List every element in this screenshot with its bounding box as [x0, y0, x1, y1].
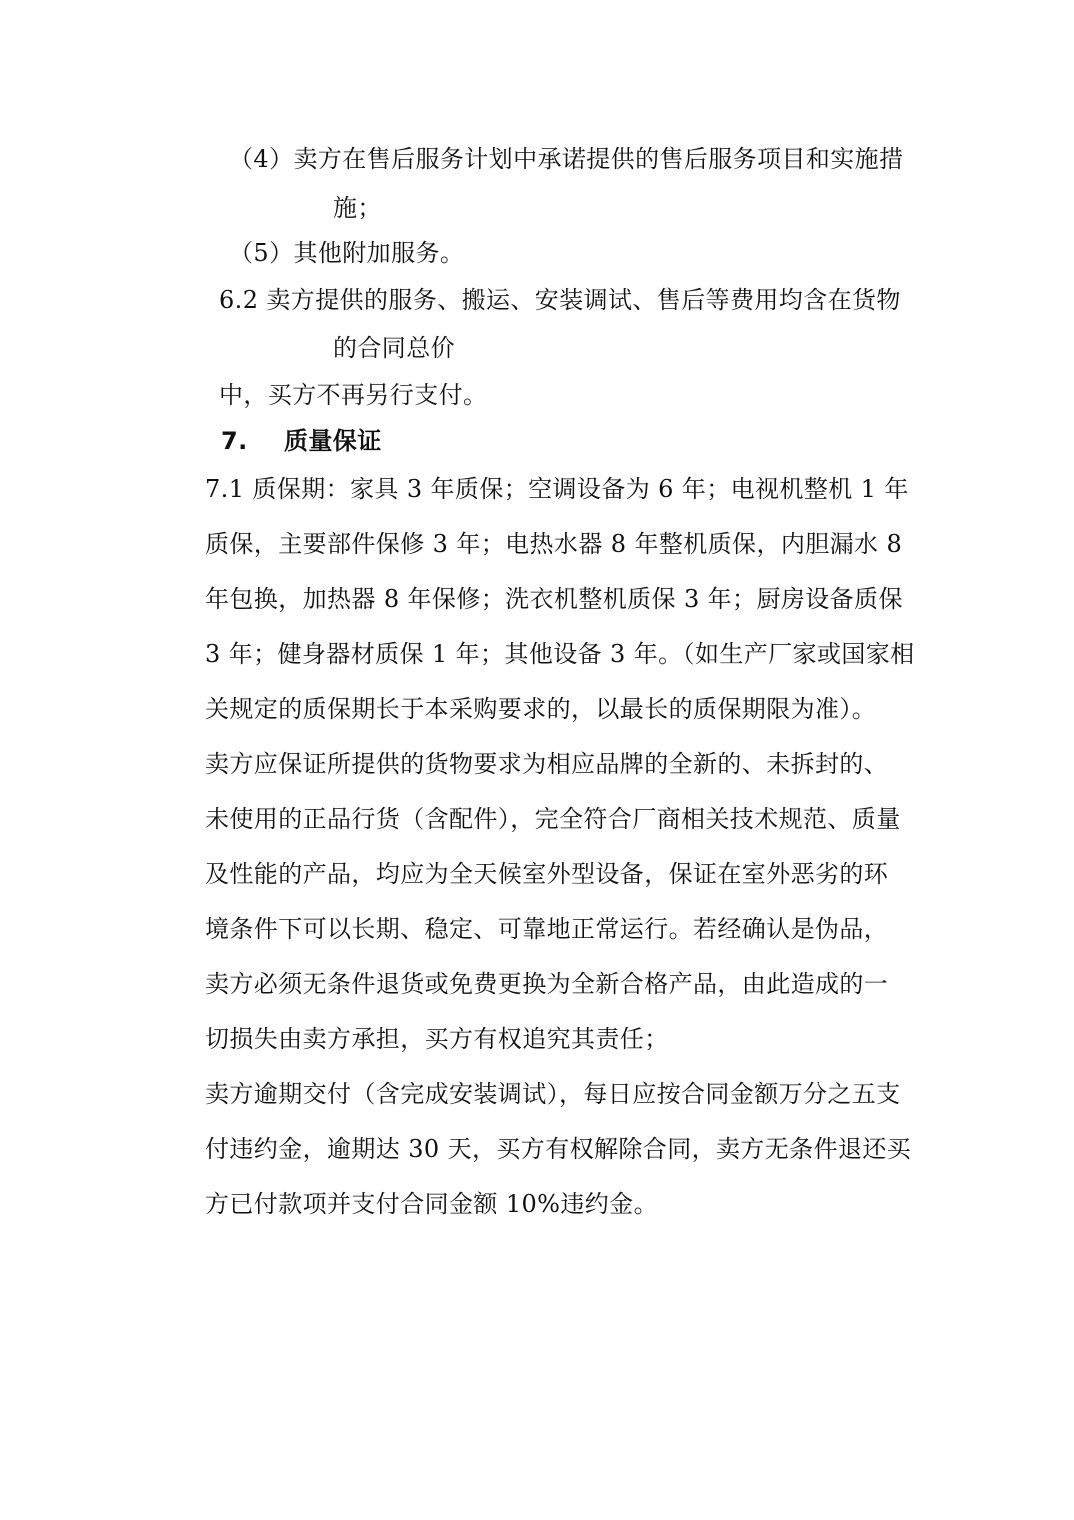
clause-6-2: 6.2 卖方提供的服务、搬运、安装调试、售后等费用均含在货物 — [219, 285, 901, 315]
body-line: 7.1 质保期：家具 3 年质保；空调设备为 6 年；电视机整机 1 年 — [205, 474, 909, 504]
body-line: 付违约金，逾期达 30 天，买方有权解除合同，卖方无条件退还买 — [205, 1134, 911, 1164]
list-item-4: （4）卖方在售后服务计划中承诺提供的售后服务项目和实施措 — [229, 144, 903, 174]
section-heading-7: 7.质量保证 — [221, 426, 382, 456]
list-item-4-continuation: 施； — [333, 193, 382, 223]
body-line: 卖方应保证所提供的货物要求为相应品牌的全新的、未拆封的、 — [205, 749, 888, 779]
body-line: 卖方逾期交付（含完成安装调试），每日应按合同金额万分之五支 — [205, 1079, 901, 1109]
body-line: 境条件下可以长期、稳定、可靠地正常运行。若经确认是伪品， — [205, 914, 888, 944]
body-line: 切损失由卖方承担，买方有权追究其责任； — [205, 1024, 669, 1054]
body-line: 及性能的产品，均应为全天候室外型设备，保证在室外恶劣的环 — [205, 859, 888, 889]
body-line: 年包换，加热器 8 年保修；洗衣机整机质保 3 年；厨房设备质保 — [205, 584, 903, 614]
section-number: 7. — [221, 426, 284, 456]
body-line: 关规定的质保期长于本采购要求的，以最长的质保期限为准）。 — [205, 694, 876, 724]
body-line: 未使用的正品行货（含配件），完全符合厂商相关技术规范、质量 — [205, 804, 901, 834]
body-line: 方已付款项并支付合同金额 10%违约金。 — [205, 1189, 658, 1219]
body-line: 卖方必须无条件退货或免费更换为全新合格产品，由此造成的一 — [205, 969, 888, 999]
body-line: 3 年；健身器材质保 1 年；其他设备 3 年。（如生产厂家或国家相 — [205, 639, 915, 669]
clause-6-2-continuation: 的合同总价 — [333, 333, 455, 363]
body-line: 质保，主要部件保修 3 年；电热水器 8 年整机质保，内胆漏水 8 — [205, 529, 902, 559]
section-title: 质量保证 — [284, 427, 382, 455]
document-page: （4）卖方在售后服务计划中承诺提供的售后服务项目和实施措 施； （5）其他附加服… — [0, 0, 1074, 1520]
clause-6-2-end: 中，买方不再另行支付。 — [219, 380, 487, 410]
list-item-5: （5）其他附加服务。 — [229, 238, 464, 268]
